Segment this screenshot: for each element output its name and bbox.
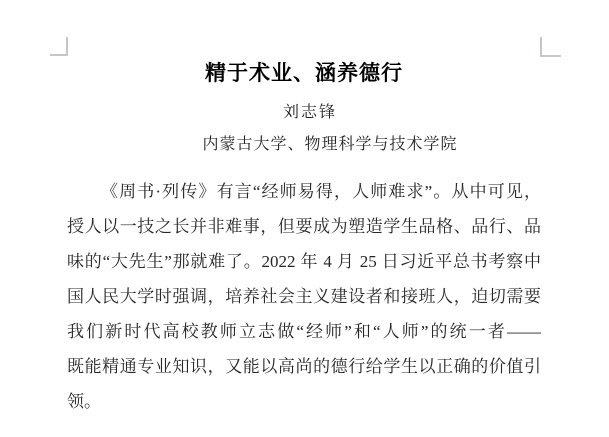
document-page-canvas[interactable]: 精于术业、涵养德行 刘志锋 内蒙古大学、物理科学与技术学院 《周书·列传》有言“… [0, 0, 609, 437]
body-text-line[interactable]: 领。 [67, 384, 541, 419]
margin-crop-mark-top-right [540, 37, 561, 57]
margin-crop-mark-top-left [50, 37, 68, 56]
document-title[interactable]: 精于术业、涵养德行 [67, 58, 541, 89]
body-text-line[interactable]: 既能精通专业知识，又能以高尚的德行给学生以正确的价值引 [67, 349, 541, 384]
body-text-line[interactable]: 味的“大先生”那就难了。2022 年 4 月 25 日习近平总书考察中 [67, 244, 541, 279]
document-author[interactable]: 刘志锋 [73, 100, 547, 125]
document-affiliation[interactable]: 内蒙古大学、物理科学与技术学院 [93, 132, 567, 157]
body-text-line[interactable]: 《周书·列传》有言“经师易得，人师难求”。从中可见， [67, 174, 541, 209]
body-text-line[interactable]: 授人以一技之长并非难事，但要成为塑造学生品格、品行、品 [67, 209, 541, 244]
body-text-line[interactable]: 国人民大学时强调，培养社会主义建设者和接班人，迫切需要 [67, 279, 541, 314]
document-body-paragraph[interactable]: 《周书·列传》有言“经师易得，人师难求”。从中可见， 授人以一技之长并非难事，但… [67, 174, 541, 419]
body-text-line[interactable]: 我们新时代高校教师立志做“经师”和“人师”的统一者—— [67, 314, 541, 349]
